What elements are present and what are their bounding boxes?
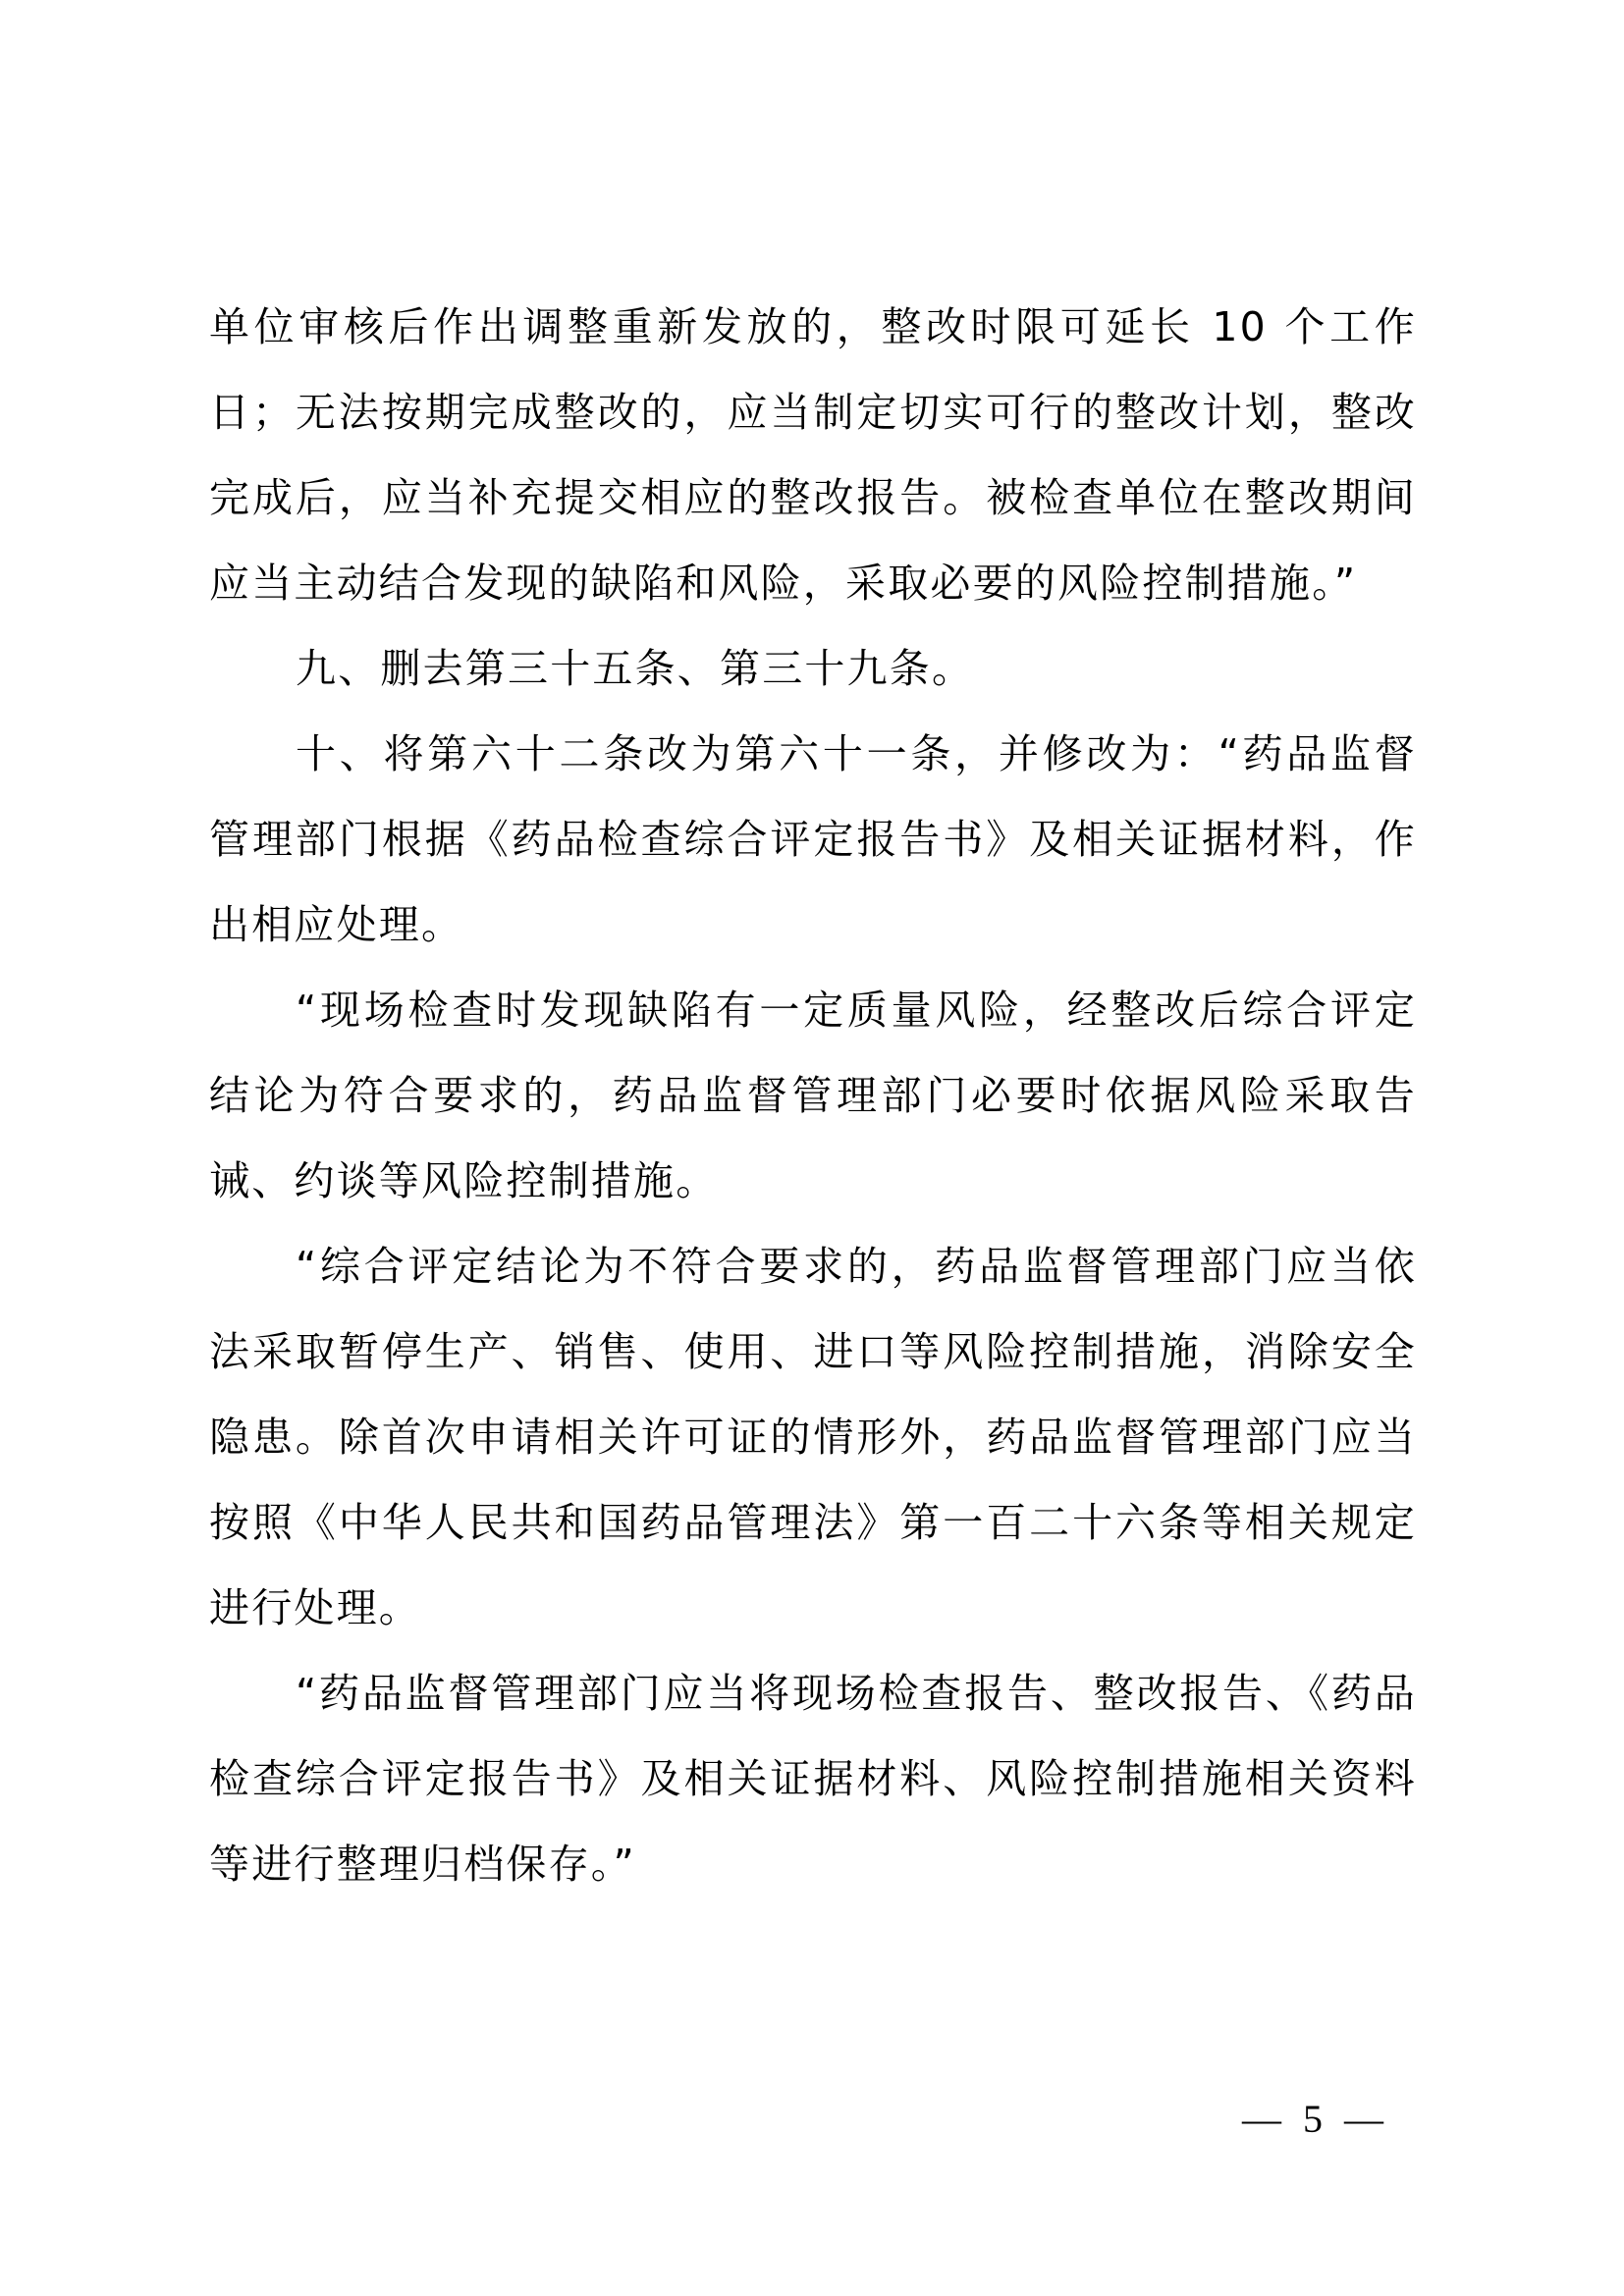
page-number: — 5 —: [1242, 2096, 1389, 2142]
paragraph-item-ten: 十、将第六十二条改为第六十一条，并修改为：“药品监督管理部门根据《药品检查综合评…: [209, 712, 1417, 968]
paragraph-onsite-inspection-risk: “现场检查时发现缺陷有一定质量风险，经整改后综合评定结论为符合要求的，药品监督管…: [209, 968, 1417, 1224]
paragraph-archiving: “药品监督管理部门应当将现场检查报告、整改报告、《药品检查综合评定报告书》及相关…: [209, 1651, 1417, 1907]
paragraph-continuation-rectification: 单位审核后作出调整重新发放的，整改时限可延长 10 个工作日；无法按期完成整改的…: [209, 285, 1417, 626]
paragraph-noncompliance-handling: “综合评定结论为不符合要求的，药品监督管理部门应当依法采取暂停生产、销售、使用、…: [209, 1224, 1417, 1651]
document-body: 单位审核后作出调整重新发放的，整改时限可延长 10 个工作日；无法按期完成整改的…: [209, 285, 1417, 1907]
paragraph-item-nine: 九、删去第三十五条、第三十九条。: [209, 626, 1417, 712]
